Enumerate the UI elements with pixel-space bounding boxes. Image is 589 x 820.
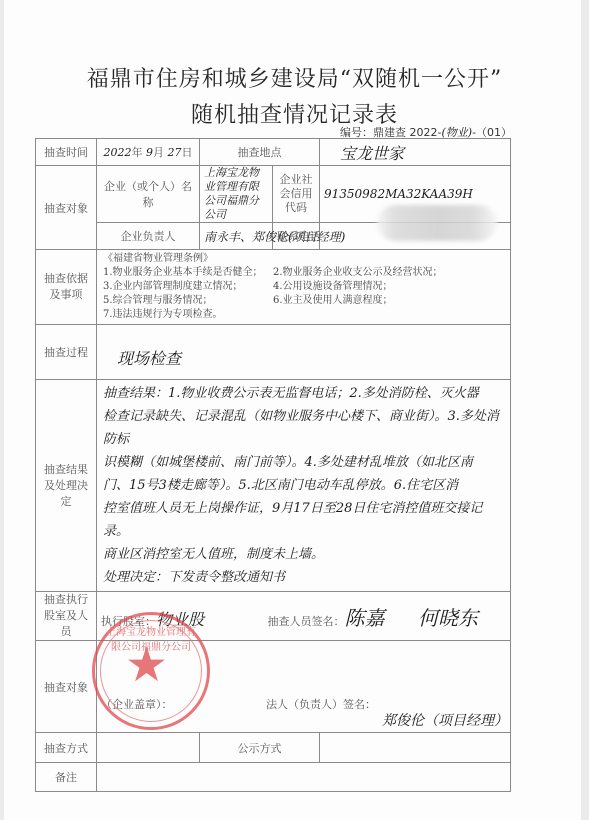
time-month: 9 [146,146,153,159]
basis-item-3: 3.企业内部管理制度建立情况； [103,280,273,294]
remarks-label: 备注 [36,763,97,792]
place-value: 宝龙世家 [320,139,511,166]
basis-content: 《福建省物业管理条例》 1.物业服务企业基本手续是否健全；2.物业服务企业收支公… [97,250,511,325]
result-content: 抽查结果：1.物业收费公示表无监督电话；2.多处消防栓、灭火器 检查记录缺失、记… [97,380,511,592]
legal-sign-label: 法人（负责人）签名： [266,698,376,711]
basis-regulation: 《福建省物业管理条例》 [103,252,504,266]
row-result: 抽查结果及处理决定 抽查结果：1.物业收费公示表无监督电话；2.多处消防栓、灭火… [36,380,511,592]
result-line-3: 识模糊（如城堡楼前、南门前等）。4.多处建材乱堆放（如北区南 [103,451,504,474]
row-method: 抽查方式 公示方式 [36,733,511,763]
result-line-6: 商业区消控室无人值班，制度未上墙。 [103,543,504,566]
inspector-sign-label: 抽查人员签名： [268,615,345,628]
method-label: 抽查方式 [36,733,97,763]
basis-item-1: 1.物业服务企业基本手续是否健全； [103,266,273,280]
time-month-unit: 月 [153,146,164,159]
result-line-4: 门、15号3楼走廊等）。5.北区南门电动车乱停放。6.住宅区消 [103,474,504,497]
row-basis: 抽查依据及事项 《福建省物业管理条例》 1.物业服务企业基本手续是否健全；2.物… [36,250,511,325]
company-head-label: 企业负责人 [97,223,200,250]
publicity-label: 公示方式 [200,733,320,763]
time-value: 2022年 9月 27日 [97,139,200,166]
result-line-7: 处理决定：下发责令整改通知书 [103,566,504,589]
inspector-signature-1: 陈嘉 [345,606,385,630]
legal-signature: 郑俊伦（项目经理） [382,710,508,730]
seal-star-icon: ★ [125,641,168,689]
result-line-1: 抽查结果：1.物业收费公示表无监督电话；2.多处消防栓、灭火器 [103,382,504,405]
time-year-unit: 年 [132,146,143,159]
company-head-value: 南永丰、郑俊伦(项目经理) [200,223,273,250]
company-name-value: 上海宝龙物业管理有限公司福鼎分公司 [200,166,273,223]
phone-label: 联系电话 [273,223,320,250]
executor-label: 抽查执行股室及人员 [36,592,97,641]
row-time-place: 抽查时间 2022年 9月 27日 抽查地点 宝龙世家 [36,139,511,166]
credit-code-label: 企业社会信用代码 [273,166,320,223]
basis-item-6: 6.业主及使用人满意程度； [273,294,393,308]
time-day-unit: 日 [182,146,193,159]
result-line-5: 控室值班人员无上岗操作证，9月17日至28日住宅消控值班交接记录。 [103,497,504,543]
remarks-value [97,763,511,792]
phone-redaction-blur [377,205,497,241]
target-sign-label: 抽查对象 [36,641,97,733]
time-day: 27 [168,146,182,159]
process-label: 抽查过程 [36,325,97,380]
target-label: 抽查对象 [36,166,97,250]
method-value [97,733,200,763]
basis-item-2: 2.物业服务企业收支公示及经营状况； [273,266,443,280]
place-label: 抽查地点 [200,139,320,166]
document-title-line1: 福鼎市住房和城乡建设局“双随机一公开” [0,62,589,93]
basis-item-7: 7.违法违规行为专项检查。 [103,308,504,322]
row-process: 抽查过程 现场检查 [36,325,511,380]
result-label: 抽查结果及处理决定 [36,380,97,592]
basis-label: 抽查依据及事项 [36,250,97,325]
basis-item-5: 5.综合管理与服务情况； [103,294,273,308]
basis-item-4: 4.公用设施设备管理情况； [273,280,393,294]
result-line-2: 检查记录缺失、记录混乱（如物业服务中心楼下、商业街）。3.多处消防标 [103,405,504,451]
company-seal-stamp: 上海宝龙物业管理有限公司福鼎分公司 ★ [92,612,210,730]
row-remarks: 备注 [36,763,511,792]
time-year: 2022 [104,146,132,159]
process-value: 现场检查 [97,325,511,380]
company-name-label: 企业（或个人）名称 [97,166,200,223]
time-label: 抽查时间 [36,139,97,166]
inspector-signature-2: 何晓东 [418,606,478,630]
publicity-value [320,733,511,763]
